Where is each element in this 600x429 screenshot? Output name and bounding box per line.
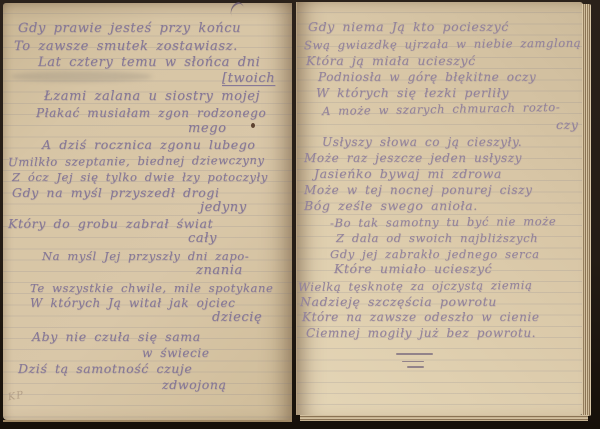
end-mark-stroke [396, 353, 433, 355]
notebook-page-right [296, 2, 583, 415]
end-mark-stroke [402, 361, 424, 363]
notebook-page-left [3, 3, 292, 420]
end-of-poem-mark [396, 353, 436, 368]
notebook-photo: Gdy prawie jesteś przy końcuTo zawsze sm… [0, 0, 600, 429]
end-mark-stroke [407, 366, 424, 368]
page-edge-bottom-left [3, 420, 292, 422]
page-edge-stack-bottom [300, 415, 588, 421]
erased-text-smudge [10, 71, 152, 82]
ink-dot [251, 123, 255, 128]
page-edge-stack-right [582, 4, 591, 416]
